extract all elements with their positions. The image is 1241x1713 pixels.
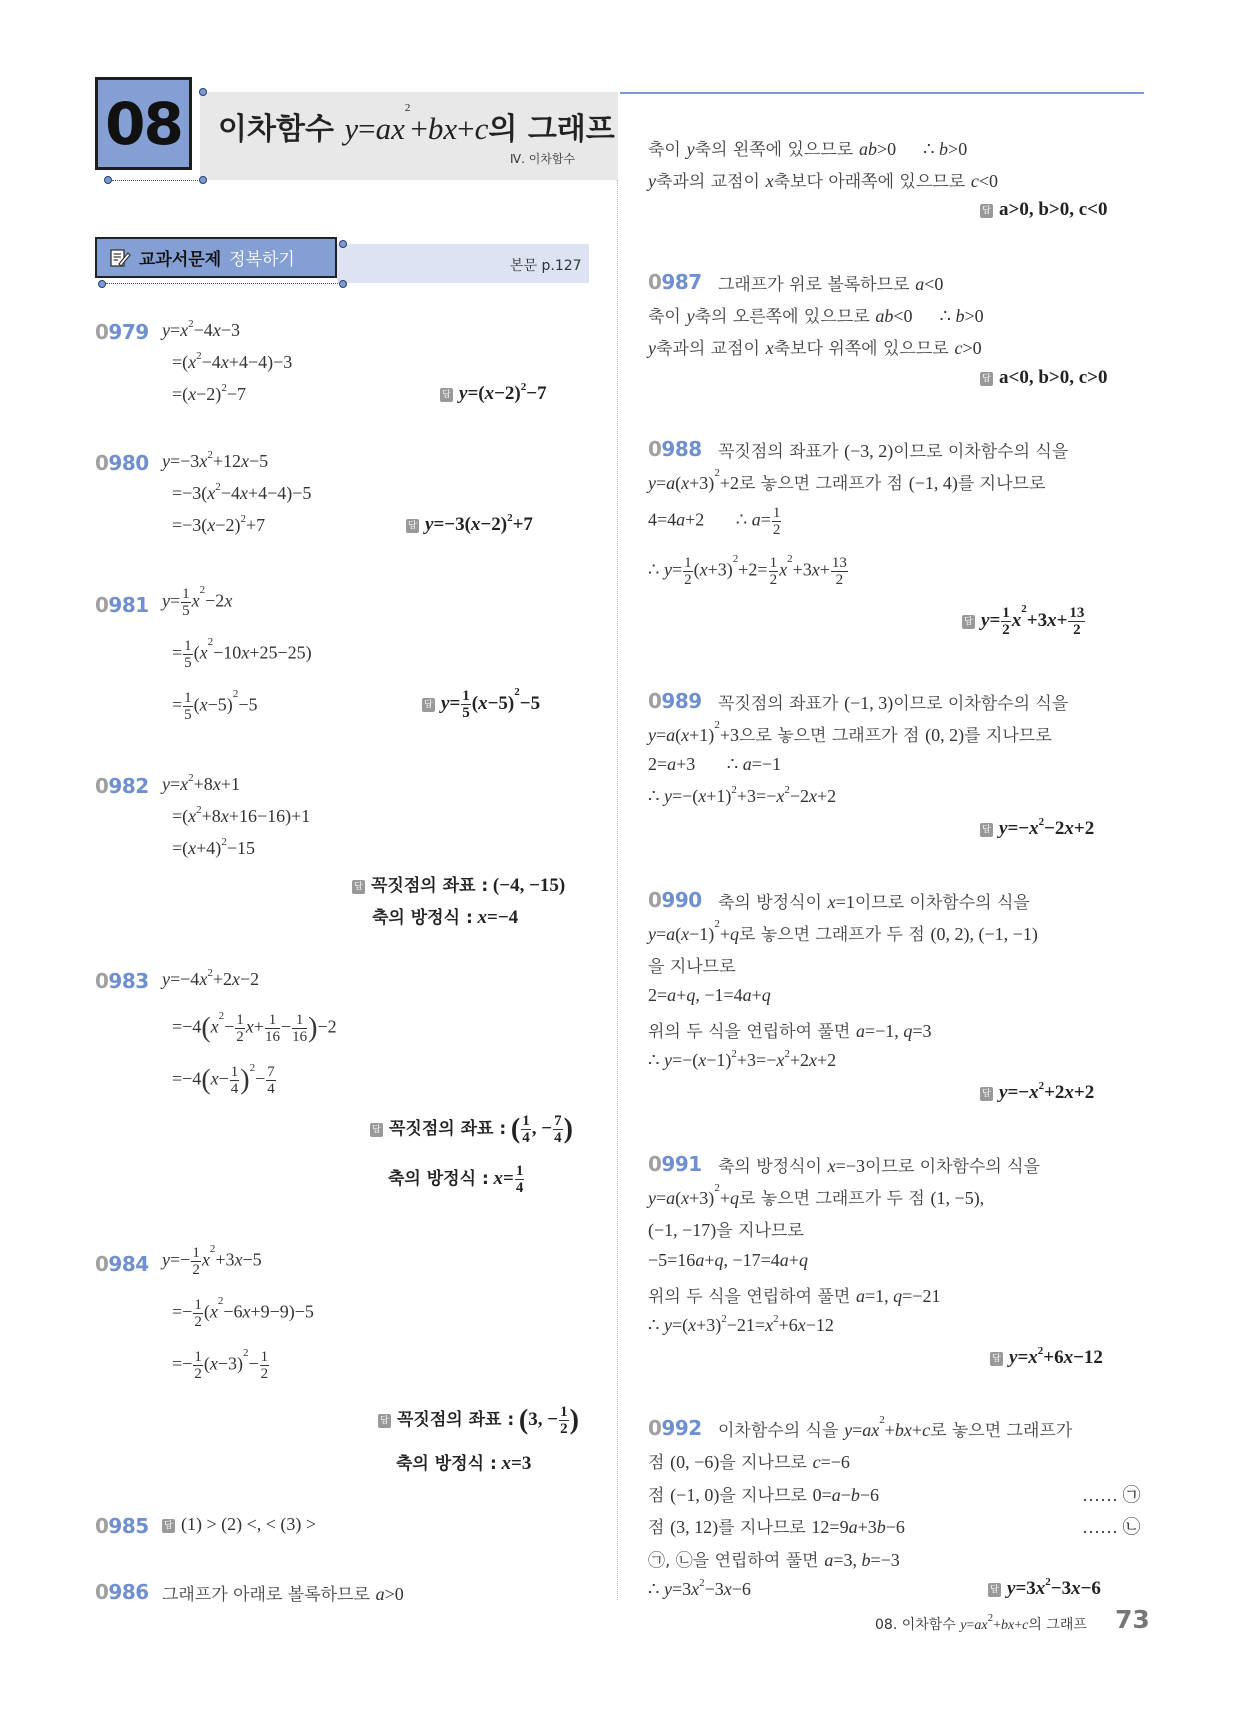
answer-icon: 답 bbox=[440, 388, 453, 402]
column-divider bbox=[617, 180, 618, 1600]
problem-number-0991: 0991 bbox=[648, 1152, 702, 1176]
answer-text: a>0, b>0, c<0 bbox=[999, 199, 1107, 220]
step-line: =−4(x2−12x+116−116)−2 bbox=[172, 1012, 337, 1045]
step-line: =−3(x2−4x+4−4)−5 bbox=[172, 483, 311, 504]
answer-vertex: 답꼭짓점의 좌표 : (3, −12) bbox=[378, 1404, 579, 1437]
answer: 답y=−x2−2x+2 bbox=[980, 818, 1094, 840]
step-line: 위의 두 식을 연립하여 풀면 a=−1, q=3 bbox=[648, 1017, 931, 1042]
answer: 답a>0, b>0, c<0 bbox=[980, 199, 1107, 221]
problem-number-0988: 0988 bbox=[648, 437, 702, 461]
answer-icon: 답 bbox=[962, 615, 975, 629]
corner-dot-icon bbox=[199, 88, 207, 96]
step-line: y=x2−4x−3 bbox=[162, 320, 240, 341]
answer: 답a<0, b>0, c>0 bbox=[980, 367, 1107, 389]
answer: 답y=x2+6x−12 bbox=[990, 1347, 1103, 1369]
step-line: ∴ y=12(x+3)2+2=12x2+3x+132 bbox=[648, 555, 849, 588]
textbook-page-ref: 본문 p.127 bbox=[510, 255, 582, 275]
answer-axis: 축의 방정식 : x=14 bbox=[388, 1163, 525, 1196]
unit-label: Ⅳ. 이차함수 bbox=[510, 150, 575, 167]
equation-marker-1: …… ㉠ bbox=[1082, 1481, 1141, 1507]
step-line: (−1, −17)을 지나므로 bbox=[648, 1216, 804, 1241]
step-line: 축이 y축의 왼쪽에 있으므로 ab>0 ∴ b>0 bbox=[648, 135, 967, 160]
step-line: y=a(x+3)2+2로 놓으면 그래프가 점 (−1, 4)를 지나므로 bbox=[648, 469, 1045, 494]
equation-marker-2: …… ㉡ bbox=[1082, 1513, 1141, 1539]
corner-dot-icon bbox=[339, 280, 347, 288]
problem-number-0984: 0984 bbox=[95, 1252, 149, 1276]
answer-icon: 답 bbox=[378, 1414, 391, 1428]
answer-icon: 답 bbox=[980, 1087, 993, 1101]
header-rule bbox=[620, 92, 1144, 94]
title-korean: 이차함수 bbox=[218, 112, 334, 147]
answer-icon: 답 bbox=[422, 698, 435, 712]
answer-vertex: 답꼭짓점의 좌표 : (−4, −15) bbox=[352, 871, 565, 897]
step-line: ∴ y=(x+3)2−21=x2+6x−12 bbox=[648, 1315, 834, 1336]
step-line: 을 지나므로 bbox=[648, 952, 736, 977]
section-title-light: 정복하기 bbox=[229, 245, 295, 270]
step-line: y=a(x+1)2+3으로 놓으면 그래프가 점 (0, 2)를 지나므로 bbox=[648, 721, 1052, 746]
step-line: =−3(x−2)2+7 bbox=[172, 515, 265, 536]
problem-number-0985: 0985 bbox=[95, 1514, 149, 1538]
step-line: 축의 방정식이 x=1이므로 이차함수의 식을 bbox=[718, 888, 1030, 913]
problem-number-0986: 0986 bbox=[95, 1580, 149, 1604]
problem-number-0979: 0979 bbox=[95, 320, 149, 344]
pencil-note-icon bbox=[109, 247, 131, 269]
answer-text: (1) > (2) <, < (3) > bbox=[181, 1514, 316, 1534]
step-line: −5=16a+q, −17=4a+q bbox=[648, 1250, 808, 1271]
step-line: 점 (3, 12)를 지나므로 12=9a+3b−6 bbox=[648, 1513, 905, 1538]
answer: 답(1) > (2) <, < (3) > bbox=[162, 1514, 316, 1535]
step-line: 꼭짓점의 좌표가 (−3, 2)이므로 이차함수의 식을 bbox=[718, 437, 1068, 462]
step-line: y=−4x2+2x−2 bbox=[162, 969, 259, 990]
answer-icon: 답 bbox=[162, 1519, 175, 1533]
step-line: =−12(x−3)2−12 bbox=[172, 1349, 270, 1382]
step-line: =−12(x2−6x+9−9)−5 bbox=[172, 1297, 314, 1330]
step-line: 2=a+3 ∴ a=−1 bbox=[648, 754, 781, 775]
problem-number-0981: 0981 bbox=[95, 593, 149, 617]
running-title: 08. 이차함수 y=ax2+bx+c의 그래프 bbox=[875, 1614, 1087, 1634]
answer: 답y=12x2+3x+132 bbox=[962, 605, 1086, 638]
step-line: ∴ y=−(x−1)2+3=−x2+2x+2 bbox=[648, 1050, 836, 1071]
answer-vertex: 답꼭짓점의 좌표 : (14, −74) bbox=[370, 1113, 573, 1146]
answer: 답y=15(x−5)2−5 bbox=[422, 688, 540, 721]
step-line: y=−12x2+3x−5 bbox=[162, 1245, 262, 1278]
answer-icon: 답 bbox=[980, 204, 993, 218]
dotted-connector bbox=[106, 283, 340, 284]
step-line: ∴ y=−(x+1)2+3=−x2−2x+2 bbox=[648, 786, 836, 807]
step-line: =(x2+8x+16−16)+1 bbox=[172, 806, 310, 827]
step-line: 점 (0, −6)을 지나므로 c=−6 bbox=[648, 1448, 850, 1473]
problem-number-0982: 0982 bbox=[95, 774, 149, 798]
step-line: 꼭짓점의 좌표가 (−1, 3)이므로 이차함수의 식을 bbox=[718, 689, 1068, 714]
chapter-number: 08 bbox=[105, 90, 182, 158]
problem-number-0990: 0990 bbox=[648, 888, 702, 912]
page-number: 73 bbox=[1115, 1605, 1150, 1634]
step-line: =15(x−5)2−5 bbox=[172, 690, 257, 723]
step-line: =−4(x−14)2−74 bbox=[172, 1064, 277, 1097]
step-line: 이차함수의 식을 y=ax2+bx+c로 놓으면 그래프가 bbox=[718, 1416, 1072, 1441]
problem-number-0980: 0980 bbox=[95, 451, 149, 475]
step-line: 그래프가 위로 볼록하므로 a<0 bbox=[718, 270, 943, 295]
step-line: 위의 두 식을 연립하여 풀면 a=1, q=−21 bbox=[648, 1282, 940, 1307]
dotted-connector bbox=[112, 180, 200, 181]
answer: 답y=−x2+2x+2 bbox=[980, 1082, 1094, 1104]
step-line: y=15x2−2x bbox=[162, 586, 232, 619]
step-line: y=−3x2+12x−5 bbox=[162, 451, 268, 472]
answer-icon: 답 bbox=[406, 519, 419, 533]
step-line: y=x2+8x+1 bbox=[162, 774, 240, 795]
step-line: y축과의 교점이 x축보다 위쪽에 있으므로 c>0 bbox=[648, 334, 982, 359]
answer-icon: 답 bbox=[980, 372, 993, 386]
corner-dot-icon bbox=[98, 280, 106, 288]
answer: 답y=−3(x−2)2+7 bbox=[406, 514, 533, 536]
step-line: =(x+4)2−15 bbox=[172, 838, 255, 859]
answer-icon: 답 bbox=[990, 1352, 1003, 1366]
step-line: 점 (−1, 0)을 지나므로 0=a−b−6 bbox=[648, 1481, 879, 1506]
step-line: =15(x2−10x+25−25) bbox=[172, 638, 312, 671]
problem-number-0992: 0992 bbox=[648, 1416, 702, 1440]
problem-number-0983: 0983 bbox=[95, 969, 149, 993]
title-formula: y=ax2+bx+c bbox=[344, 111, 488, 146]
corner-dot-icon bbox=[199, 176, 207, 184]
answer-icon: 답 bbox=[370, 1123, 383, 1137]
step-line: y=a(x−1)2+q로 놓으면 그래프가 두 점 (0, 2), (−1, −… bbox=[648, 920, 1038, 945]
step-line: 그래프가 아래로 볼록하므로 a>0 bbox=[162, 1580, 404, 1605]
step-line: 축이 y축의 오른쪽에 있으므로 ab<0 ∴ b>0 bbox=[648, 302, 984, 327]
step-line: 4=4a+2 ∴ a=12 bbox=[648, 505, 782, 538]
problem-number-0989: 0989 bbox=[648, 689, 702, 713]
section-title-bold: 교과서문제 bbox=[139, 245, 221, 270]
step-line: y축과의 교점이 x축보다 아래쪽에 있으므로 c<0 bbox=[648, 167, 998, 192]
answer-axis: 축의 방정식 : x=−4 bbox=[372, 903, 518, 929]
answer: 답y=(x−2)2−7 bbox=[440, 383, 547, 405]
corner-dot-icon bbox=[339, 240, 347, 248]
step-line: ㉠, ㉡을 연립하여 풀면 a=3, b=−3 bbox=[648, 1546, 900, 1571]
answer-axis: 축의 방정식 : x=3 bbox=[396, 1449, 531, 1475]
answer-icon: 답 bbox=[980, 823, 993, 837]
step-line: y=a(x+3)2+q로 놓으면 그래프가 두 점 (1, −5), bbox=[648, 1184, 984, 1209]
step-line: 2=a+q, −1=4a+q bbox=[648, 985, 771, 1006]
answer: 답y=3x2−3x−6 bbox=[988, 1578, 1101, 1600]
corner-dot-icon bbox=[104, 176, 112, 184]
step-line: =(x2−4x+4−4)−3 bbox=[172, 352, 292, 373]
step-line: 축의 방정식이 x=−3이므로 이차함수의 식을 bbox=[718, 1152, 1040, 1177]
answer-text: a<0, b>0, c>0 bbox=[999, 367, 1107, 388]
step-line: ∴ y=3x2−3x−6 bbox=[648, 1579, 751, 1600]
title-suffix: 의 그래프 bbox=[488, 112, 614, 147]
answer-icon: 답 bbox=[988, 1583, 1001, 1597]
chapter-number-box: 08 bbox=[95, 77, 192, 170]
answer-icon: 답 bbox=[352, 880, 365, 894]
problem-number-0987: 0987 bbox=[648, 270, 702, 294]
section-tab: 교과서문제 정복하기 bbox=[95, 237, 337, 278]
step-line: =(x−2)2−7 bbox=[172, 384, 246, 405]
chapter-title: 이차함수 y=ax2+bx+c의 그래프 bbox=[218, 104, 615, 148]
